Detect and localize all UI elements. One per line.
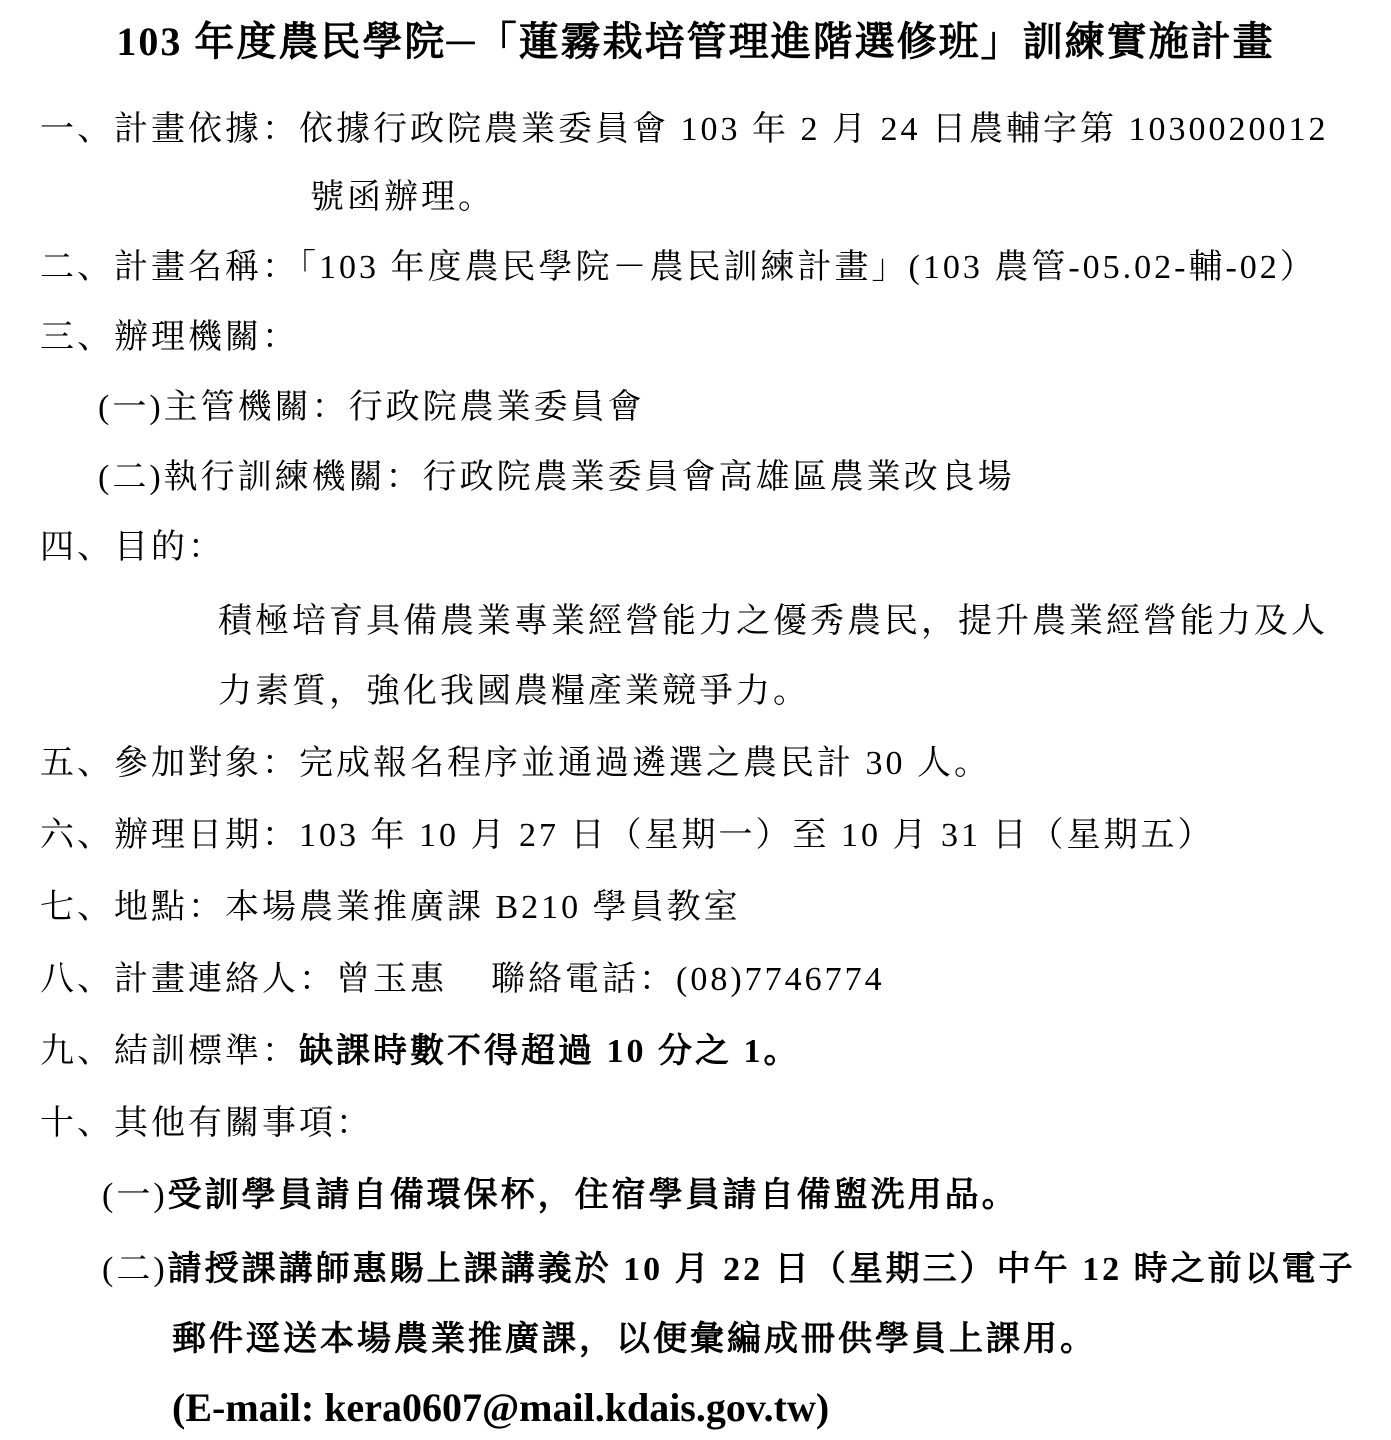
section-9: 九、結訓標準：缺課時數不得超過 10 分之 1。 (40, 1032, 801, 1072)
section-4-text-1: 積極培育具備農業專業經營能力之優秀農民，提升農業經營能力及人 (218, 602, 1328, 642)
phone-label: 聯絡電話： (491, 961, 676, 998)
section-1-continued: 號函辦理。 (310, 178, 495, 218)
section-1-text: 依據行政院農業委員會 103 年 2 月 24 日農輔字第 1030020012 (299, 111, 1329, 148)
item-value: 行政院農業委員會高雄區農業改良場 (423, 459, 1015, 496)
section-6-label: 六、辦理日期： (40, 817, 299, 854)
section-10-item-2: (二)請授課講師惠賜上課講義於 10 月 22 日（星期三）中午 12 時之前以… (102, 1250, 1356, 1290)
section-5-label: 五、參加對象： (40, 745, 299, 782)
section-7: 七、地點：本場農業推廣課 B210 學員教室 (40, 888, 741, 928)
section-10-item-2-continued: 郵件逕送本場農業推廣課，以便彙編成冊供學員上課用。 (172, 1320, 1097, 1360)
item-text: 受訓學員請自備環保杯，住宿學員請自備盥洗用品。 (168, 1177, 1019, 1214)
section-4-label: 四、目的： (40, 528, 225, 568)
section-7-label: 七、地點： (40, 889, 225, 926)
phone-number: (08)7746774 (676, 961, 885, 998)
section-5-text: 完成報名程序並通過遴選之農民計 30 人。 (299, 745, 991, 782)
section-4-text-2: 力素質，強化我國農糧產業競爭力。 (218, 672, 810, 712)
section-2-text: 「103 年度農民學院－農民訓練計畫」(103 農管-05.02-輔-02） (299, 249, 1317, 286)
section-3-label: 三、辦理機關： (40, 318, 299, 358)
section-5: 五、參加對象：完成報名程序並通過遴選之農民計 30 人。 (40, 744, 991, 784)
contact-name: 曾玉惠 (336, 961, 447, 998)
item-prefix: (一) (98, 389, 164, 426)
item-value: 行政院農業委員會 (349, 389, 645, 426)
section-10-item-1: (一)受訓學員請自備環保杯，住宿學員請自備盥洗用品。 (102, 1176, 1019, 1216)
item-prefix: (二) (102, 1251, 168, 1288)
item-label: 執行訓練機關： (164, 459, 423, 496)
section-9-label: 九、結訓標準： (40, 1033, 299, 1070)
document-title: 103 年度農民學院─「蓮霧栽培管理進階選修班」訓練實施計畫 (0, 18, 1391, 66)
section-10-label: 十、其他有關事項： (40, 1104, 373, 1144)
section-6-text: 103 年 10 月 27 日（星期一）至 10 月 31 日（星期五） (299, 817, 1215, 854)
section-6: 六、辦理日期：103 年 10 月 27 日（星期一）至 10 月 31 日（星… (40, 816, 1215, 856)
section-3-item-1: (一)主管機關：行政院農業委員會 (98, 388, 645, 428)
section-8: 八、計畫連絡人：曾玉惠聯絡電話：(08)7746774 (40, 960, 885, 1000)
section-3-item-2: (二)執行訓練機關：行政院農業委員會高雄區農業改良場 (98, 458, 1015, 498)
section-7-text: 本場農業推廣課 B210 學員教室 (225, 889, 741, 926)
section-9-text: 缺課時數不得超過 10 分之 1。 (299, 1033, 801, 1070)
item-prefix: (二) (98, 459, 164, 496)
section-1: 一、計畫依據：依據行政院農業委員會 103 年 2 月 24 日農輔字第 103… (40, 110, 1329, 150)
email-address[interactable]: (E-mail: kera0607@mail.kdais.gov.tw) (172, 1388, 829, 1428)
item-prefix: (一) (102, 1177, 168, 1214)
section-1-label: 一、計畫依據： (40, 111, 299, 148)
item-text: 請授課講師惠賜上課講義於 10 月 22 日（星期三）中午 12 時之前以電子 (168, 1251, 1356, 1288)
item-label: 主管機關： (164, 389, 349, 426)
section-8-label: 八、計畫連絡人： (40, 961, 336, 998)
section-2-label: 二、計畫名稱： (40, 249, 299, 286)
section-2: 二、計畫名稱：「103 年度農民學院－農民訓練計畫」(103 農管-05.02-… (40, 248, 1317, 288)
